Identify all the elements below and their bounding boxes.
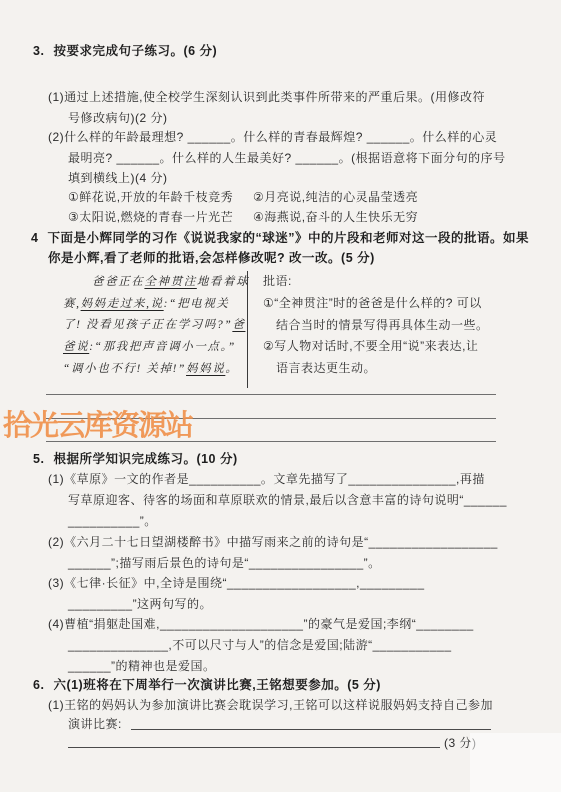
- remark-heading: 批语:: [263, 274, 292, 288]
- q3-item2-line1: (2)什么样的年龄最理想? ______。什么样的青春最辉煌? ______。什…: [48, 130, 497, 144]
- question-5-number: 5.: [33, 452, 44, 466]
- q5-line-1: (1)《草原》一文的作者是__________。文章先描写了__________…: [48, 472, 485, 486]
- question-6-heading: 6.六(1)班将在下周举行一次演讲比赛,王铭想要参加。(5 分): [33, 678, 381, 692]
- q3-item1-line1: (1)通过上述措施,使全校学生深刻认识到此类事件所带来的严重后果。(用修改符: [48, 90, 485, 104]
- remark-line-3: ②写人物对话时,不要全用“说”来表达,让: [263, 339, 478, 353]
- question-4-number: 4: [31, 231, 38, 245]
- essay-line-4: 爸说:“那我把声音调小一点。”: [63, 340, 236, 354]
- q3-item2-line3: 填到横线上)(4 分): [68, 171, 168, 185]
- essay-line-1: 爸爸正在全神贯注地看着球: [92, 275, 249, 289]
- answer-line: [68, 747, 440, 748]
- question-6-title: 六(1)班将在下周举行一次演讲比赛,王铭想要参加。(5 分): [53, 678, 381, 692]
- q5-line-4: (2)《六月二十七日望湖楼醉书》中描写雨来之前的诗句是“____________…: [48, 535, 498, 549]
- essay-text: :“那我把声音调小一点。”: [89, 341, 236, 353]
- essay-underlined-text: 爸: [232, 319, 245, 331]
- q3-option-3: ③太阳说,燃烧的青春一片光芒: [68, 210, 233, 224]
- question-5-heading: 5.根据所学知识完成练习。(10 分): [33, 452, 238, 466]
- column-divider-line: [247, 271, 248, 388]
- essay-line-3: 了! 没看见孩子正在学习吗?”爸: [63, 318, 245, 332]
- essay-text: 地看着球: [197, 276, 249, 288]
- remark-line-2: 结合当时的情景写得再具体生动一些。: [276, 318, 489, 332]
- q5-line-5: ______”;描写雨后景色的诗句是“________________”。: [68, 556, 381, 570]
- q5-line-2: 写草原迎客、待客的场面和草原联欢的情景,最后以含意丰富的诗句说明“______: [68, 493, 507, 507]
- question-3-title: 按要求完成句子练习。(6 分): [53, 44, 217, 58]
- essay-text: 爸爸正在: [92, 276, 144, 288]
- q5-line-8: (4)曹植“捐躯赴国难,____________________”的豪气是爱国;…: [48, 617, 474, 631]
- q5-line-7: _________”这两句写的。: [68, 597, 212, 611]
- question-4-intro-line2: 你是小辉,看了老师的批语,会怎样修改呢? 改一改。(5 分): [48, 251, 375, 265]
- q3-item2-line2: 最明亮? ______。什么样的人生最美好? ______。(根据语意将下面分句…: [68, 151, 506, 165]
- question-3-heading: 3.按要求完成句子练习。(6 分): [33, 44, 217, 58]
- essay-underlined-text: 妈妈说: [186, 363, 225, 375]
- q6-line-2-label: 演讲比赛:: [68, 717, 122, 731]
- essay-text: “调小也不行! 关掉!”: [63, 363, 186, 375]
- scan-artifact: [470, 733, 561, 792]
- q3-option-2: ②月亮说,纯洁的心灵晶莹透亮: [253, 190, 418, 204]
- q6-line-1: (1)王铭的妈妈认为参加演讲比赛会耽误学习,王铭可以这样说服妈妈支持自己参加: [48, 698, 493, 712]
- q3-option-4: ④海燕说,奋斗的人生快乐无穷: [253, 210, 418, 224]
- essay-underlined-text: 妈妈走过来,说: [81, 298, 164, 310]
- essay-text: 赛,: [63, 298, 81, 310]
- remark-line-1: ①“全神贯注”时的爸爸是什么样的? 可以: [263, 296, 482, 310]
- q3-option-1: ①鲜花说,开放的年龄千枝竞秀: [68, 190, 233, 204]
- question-6-number: 6.: [33, 678, 44, 692]
- watermark-text: 拾光云库资源站: [3, 403, 192, 444]
- question-5-title: 根据所学知识完成练习。(10 分): [53, 452, 237, 466]
- essay-line-5: “调小也不行! 关掉!”妈妈说。: [63, 362, 238, 376]
- question-3-number: 3.: [33, 44, 44, 58]
- answer-line: [46, 394, 496, 395]
- q5-line-9: ______________,不可以尺寸与人”的信念是爱国;陆游“_______…: [68, 638, 452, 652]
- q3-item1-line2: 号修改病句)(2 分): [68, 111, 168, 125]
- essay-line-2: 赛,妈妈走过来,说:“把电视关: [63, 297, 229, 311]
- remark-line-4: 语言表达更生动。: [276, 361, 376, 375]
- essay-text: 了! 没看见孩子正在学习吗?”: [63, 319, 232, 331]
- essay-text: :“把电视关: [164, 298, 230, 310]
- question-4-intro-line1: 下面是小辉同学的习作《说说我家的“球迷”》中的片段和老师对这一段的批语。如果: [47, 231, 529, 245]
- q5-line-3: __________”。: [68, 514, 157, 528]
- q5-line-6: (3)《七律·长征》中,全诗是围绕“__________________,___…: [48, 576, 425, 590]
- q5-line-10: ______”的精神也是爱国。: [68, 659, 216, 673]
- essay-underlined-text: 爸说: [63, 341, 89, 353]
- essay-underlined-text: 全神贯注: [144, 276, 196, 288]
- exam-paper-page: 3.按要求完成句子练习。(6 分) (1)通过上述措施,使全校学生深刻认识到此类…: [0, 0, 561, 792]
- essay-text: 。: [225, 363, 238, 375]
- question-4-heading: 4下面是小辉同学的习作《说说我家的“球迷”》中的片段和老师对这一段的批语。如果: [31, 231, 529, 245]
- answer-line: [131, 729, 491, 730]
